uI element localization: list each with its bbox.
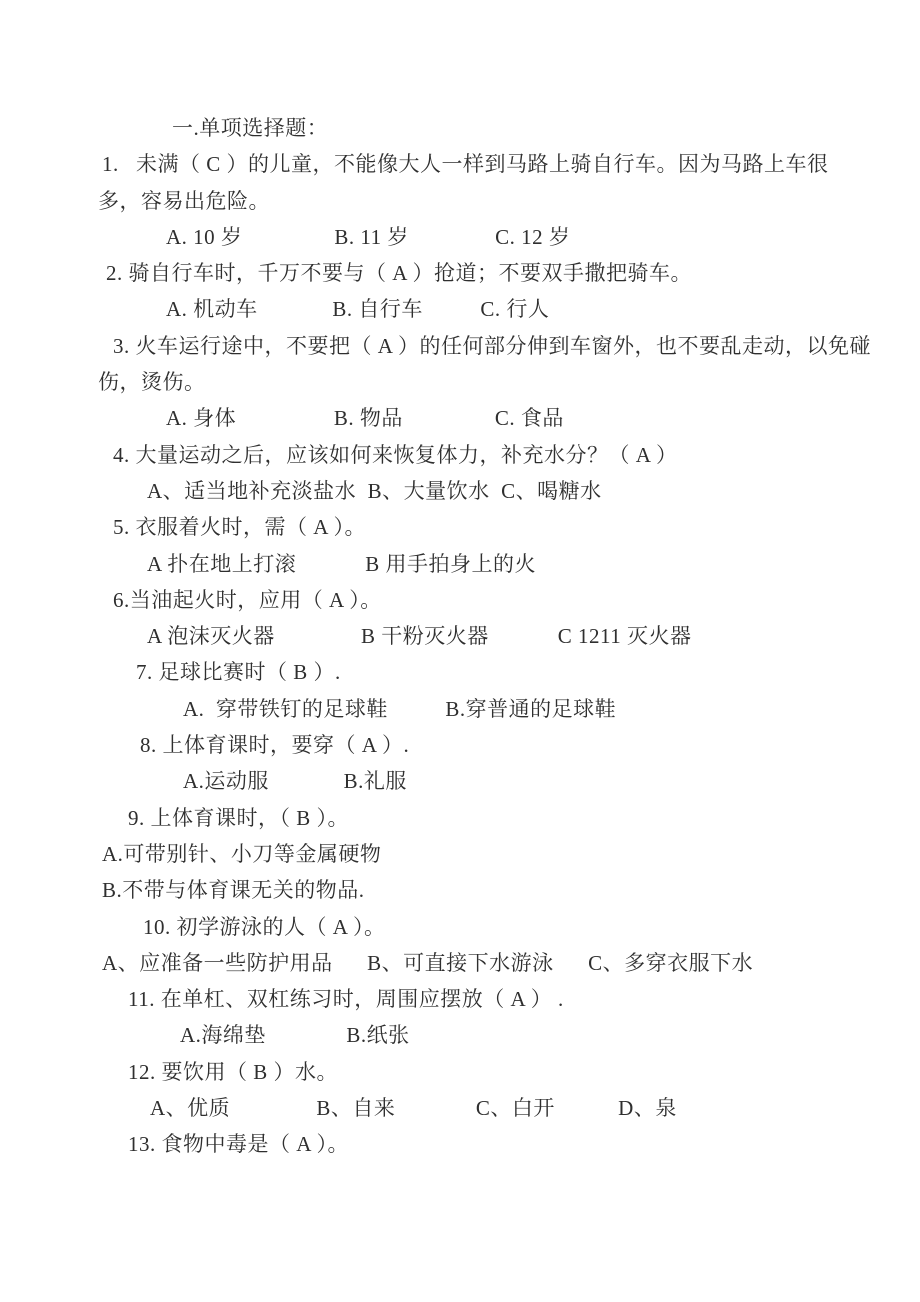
question-8-text: 8. 上体育课时，要穿（ A ）. — [98, 727, 838, 763]
section-heading: 一.单项选择题： — [98, 110, 838, 146]
question-13-text: 13. 食物中毒是（ A ）。 — [98, 1126, 838, 1162]
question-6-options: A 泡沫灭火器 B 干粉灭火器 C 1211 灭火器 — [98, 618, 838, 654]
question-9-text: 9. 上体育课时，（ B ）。 — [98, 800, 838, 836]
question-1-text: 1. 未满（ C ）的儿童，不能像大人一样到马路上骑自行车。因为马路上车很 — [98, 146, 838, 182]
question-9-option-a: A.可带别针、小刀等金属硬物 — [98, 836, 838, 872]
question-3-options: A. 身体 B. 物品 C. 食品 — [98, 400, 838, 436]
question-9-option-b: B.不带与体育课无关的物品. — [98, 872, 838, 908]
question-1-text-continued: 多，容易出危险。 — [98, 183, 838, 219]
question-3-text: 3. 火车运行途中，不要把（ A ）的任何部分伸到车窗外，也不要乱走动，以免碰 — [98, 328, 838, 364]
question-6-text: 6.当油起火时，应用（ A ）。 — [98, 582, 838, 618]
question-7-options: A. 穿带铁钉的足球鞋 B.穿普通的足球鞋 — [98, 691, 838, 727]
question-2-text: 2. 骑自行车时，千万不要与（ A ）抢道；不要双手撒把骑车。 — [98, 255, 838, 291]
question-2-options: A. 机动车 B. 自行车 C. 行人 — [98, 291, 838, 327]
question-4-options: A、适当地补充淡盐水 B、大量饮水 C、喝糖水 — [98, 473, 838, 509]
question-7-text: 7. 足球比赛时（ B ）. — [98, 654, 838, 690]
quiz-document-body: 一.单项选择题： 1. 未满（ C ）的儿童，不能像大人一样到马路上骑自行车。因… — [98, 110, 838, 1163]
question-10-text: 10. 初学游泳的人（ A ）。 — [98, 909, 838, 945]
question-10-options: A、应准备一些防护用品 B、可直接下水游泳 C、多穿衣服下水 — [98, 945, 838, 981]
question-12-options: A、优质 B、自来 C、白开 D、泉 — [98, 1090, 838, 1126]
question-4-text: 4. 大量运动之后，应该如何来恢复体力，补充水分？（ A ） — [98, 437, 838, 473]
question-11-options: A.海绵垫 B.纸张 — [98, 1017, 838, 1053]
question-11-text: 11. 在单杠、双杠练习时，周围应摆放（ A ） . — [98, 981, 838, 1017]
question-5-options: A 扑在地上打滚 B 用手拍身上的火 — [98, 546, 838, 582]
document-page: 一.单项选择题： 1. 未满（ C ）的儿童，不能像大人一样到马路上骑自行车。因… — [0, 0, 920, 1302]
question-8-options: A.运动服 B.礼服 — [98, 763, 838, 799]
question-5-text: 5. 衣服着火时，需（ A ）。 — [98, 509, 838, 545]
question-3-text-continued: 伤，烫伤。 — [98, 364, 838, 400]
question-1-options: A. 10 岁 B. 11 岁 C. 12 岁 — [98, 219, 838, 255]
question-12-text: 12. 要饮用（ B ）水。 — [98, 1054, 838, 1090]
